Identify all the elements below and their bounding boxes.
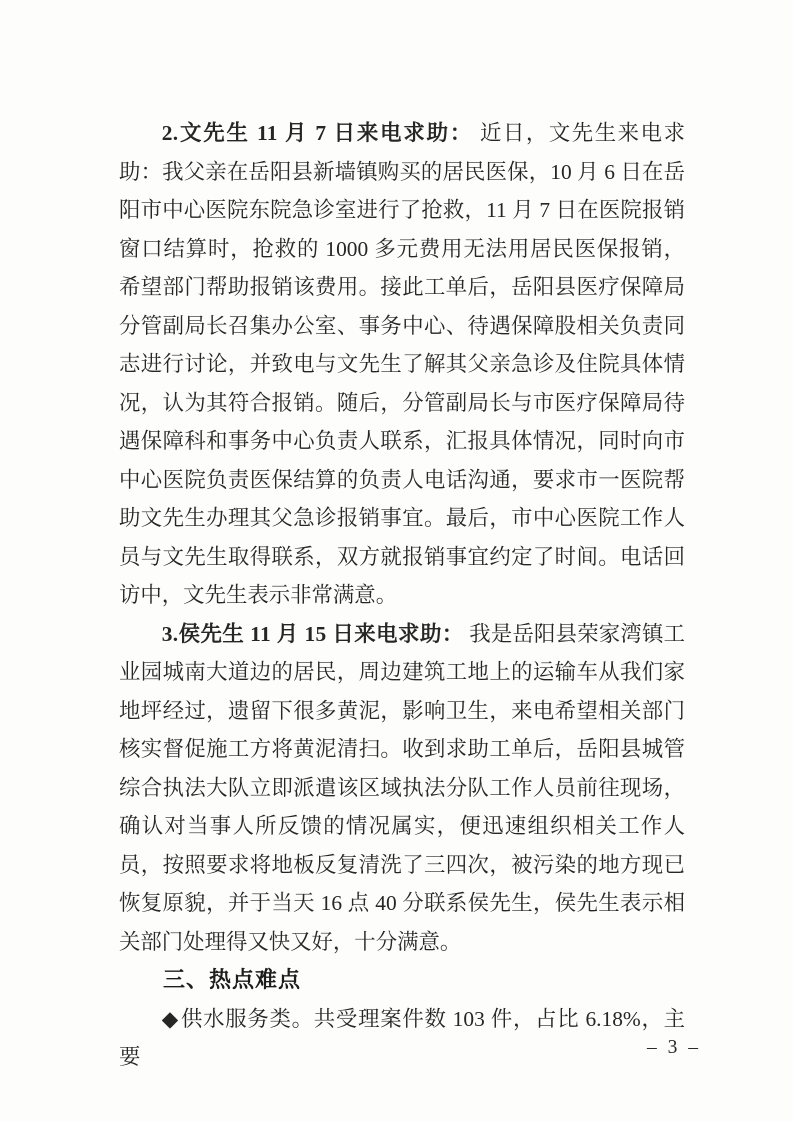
diamond-bullet-icon: ◆: [162, 1007, 179, 1031]
paragraph-case-3: 3.侯先生 11 月 15 日来电求助： 我是岳阳县荣家湾镇工业园城南大道边的居…: [119, 615, 685, 962]
water-supply-bullet-text: 供水服务类。共受理案件数 103 件，占比 6.18%，主要: [119, 1007, 685, 1070]
section-heading-hotspots: 三、热点难点: [119, 961, 685, 1000]
document-body: 2.文先生 11 月 7 日来电求助： 近日，文先生来电求助：我父亲在岳阳县新墙…: [119, 114, 685, 1077]
case-2-lead-label: 2.文先生 11 月 7 日来电求助：: [162, 121, 473, 145]
paragraph-case-2: 2.文先生 11 月 7 日来电求助： 近日，文先生来电求助：我父亲在岳阳县新墙…: [119, 114, 685, 615]
page-number: – 3 –: [647, 1036, 701, 1060]
document-page: 2.文先生 11 月 7 日来电求助： 近日，文先生来电求助：我父亲在岳阳县新墙…: [0, 0, 793, 1121]
case-3-body-text: 我是岳阳县荣家湾镇工业园城南大道边的居民，周边建筑工地上的运输车从我们家地坪经过…: [119, 622, 685, 954]
case-3-lead-label: 3.侯先生 11 月 15 日来电求助：: [162, 622, 464, 646]
case-2-body-text: 近日，文先生来电求助：我父亲在岳阳县新墙镇购买的居民医保，10 月 6 日在岳阳…: [119, 121, 685, 607]
bullet-paragraph-water-supply: ◆供水服务类。共受理案件数 103 件，占比 6.18%，主要: [119, 1000, 685, 1077]
